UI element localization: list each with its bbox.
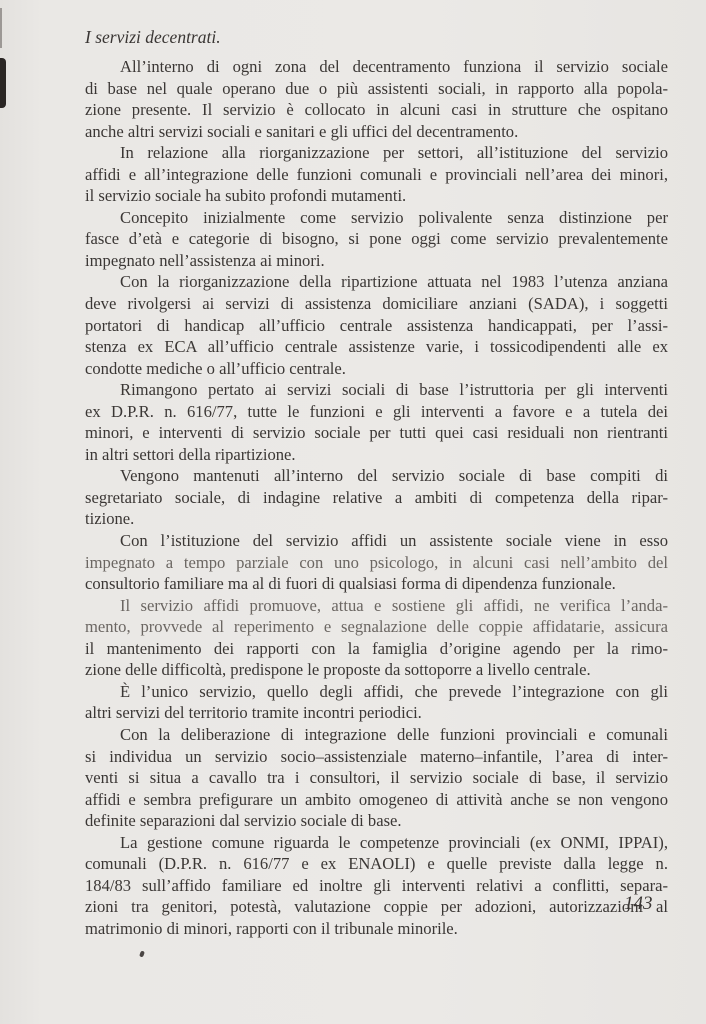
- paragraph: Rimangono pertato ai servizi sociali di …: [85, 379, 668, 465]
- scanned-page: I servizi decentrati. All’interno di ogn…: [0, 0, 706, 1024]
- text-line: affidi e all’integrazione delle funzioni…: [85, 164, 668, 186]
- text-line: stenza ex ECA all’ufficio centrale assis…: [85, 336, 668, 358]
- section-heading: I servizi decentrati.: [85, 27, 221, 48]
- ink-speck: [139, 950, 145, 957]
- text-line: Con la deliberazione di integrazione del…: [85, 724, 668, 746]
- text-line: La gestione comune riguarda le competenz…: [85, 832, 668, 854]
- text-line: È l’unico servizio, quello degli affidi,…: [85, 681, 668, 703]
- paragraph: Concepito inizialmente come servizio pol…: [85, 207, 668, 272]
- text-line: Il servizio affidi promuove, attua e sos…: [85, 595, 668, 617]
- text-line: ex D.P.R. n. 616/77, tutte le funzioni e…: [85, 401, 668, 423]
- text-line: tizione.: [85, 508, 668, 530]
- text-line: Rimangono pertato ai servizi sociali di …: [85, 379, 668, 401]
- text-line: 184/83 sull’affido familiare ed inoltre …: [85, 875, 668, 897]
- text-line: zione presente. Il servizio è collocato …: [85, 99, 668, 121]
- text-line: portatori di handicap all’ufficio centra…: [85, 315, 668, 337]
- text-line: In relazione alla riorganizzazione per s…: [85, 142, 668, 164]
- text-line: zioni tra genitori, potestà, valutazione…: [85, 896, 668, 918]
- text-line: Vengono mantenuti all’interno del serviz…: [85, 465, 668, 487]
- paragraph: Con la deliberazione di integrazione del…: [85, 724, 668, 832]
- paragraph: È l’unico servizio, quello degli affidi,…: [85, 681, 668, 724]
- text-line: il mantenimento dei rapporti con la fami…: [85, 638, 668, 660]
- text-line: il servizio sociale ha subito profondi m…: [85, 185, 668, 207]
- body-text: All’interno di ogni zona del decentramen…: [85, 56, 668, 939]
- text-line: fasce d’età e categorie di bisogno, si p…: [85, 228, 668, 250]
- text-line: affidi e sembra prefigurare un ambito om…: [85, 789, 668, 811]
- text-line: Con la riorganizzazione della ripartizio…: [85, 271, 668, 293]
- text-line: consultorio familiare ma al di fuori di …: [85, 573, 668, 595]
- text-line: minori, e interventi di servizio sociale…: [85, 422, 668, 444]
- text-line: impegnato a tempo parziale con uno psico…: [85, 552, 668, 574]
- text-line: All’interno di ogni zona del decentramen…: [85, 56, 668, 78]
- paragraph: In relazione alla riorganizzazione per s…: [85, 142, 668, 207]
- text-line: definite separazioni dal servizio social…: [85, 810, 668, 832]
- text-line: zione delle difficoltà, predispone le pr…: [85, 659, 668, 681]
- text-line: mento, provvede al reperimento e segnala…: [85, 616, 668, 638]
- page-edge-mark: [0, 8, 2, 48]
- text-line: di base nel quale operano due o più assi…: [85, 78, 668, 100]
- text-line: altri servizi del territorio tramite inc…: [85, 702, 668, 724]
- paragraph: La gestione comune riguarda le competenz…: [85, 832, 668, 940]
- text-line: deve rivolgersi ai servizi di assistenza…: [85, 293, 668, 315]
- paragraph: Il servizio affidi promuove, attua e sos…: [85, 595, 668, 681]
- paragraph: All’interno di ogni zona del decentramen…: [85, 56, 668, 142]
- text-line: segretariato sociale, di indagine relati…: [85, 487, 668, 509]
- text-line: Con l’istituzione del servizio affidi un…: [85, 530, 668, 552]
- text-line: in altri settori della ripartizione.: [85, 444, 668, 466]
- text-line: impegnato nell’assistenza ai minori.: [85, 250, 668, 272]
- page-number: 143: [624, 893, 653, 915]
- paragraph: Con la riorganizzazione della ripartizio…: [85, 271, 668, 379]
- text-line: anche altri servizi sociali e sanitari e…: [85, 121, 668, 143]
- text-line: si individua un servizio socio–assistenz…: [85, 746, 668, 768]
- text-line: Concepito inizialmente come servizio pol…: [85, 207, 668, 229]
- text-line: matrimonio di minori, rapporti con il tr…: [85, 918, 668, 940]
- paragraph: Vengono mantenuti all’interno del serviz…: [85, 465, 668, 530]
- text-line: condotte mediche o all’ufficio centrale.: [85, 358, 668, 380]
- paragraph: Con l’istituzione del servizio affidi un…: [85, 530, 668, 595]
- binding-shadow: [0, 58, 6, 108]
- text-line: comunali (D.P.R. n. 616/77 e ex ENAOLI) …: [85, 853, 668, 875]
- text-line: venti si situa a cavallo tra i consultor…: [85, 767, 668, 789]
